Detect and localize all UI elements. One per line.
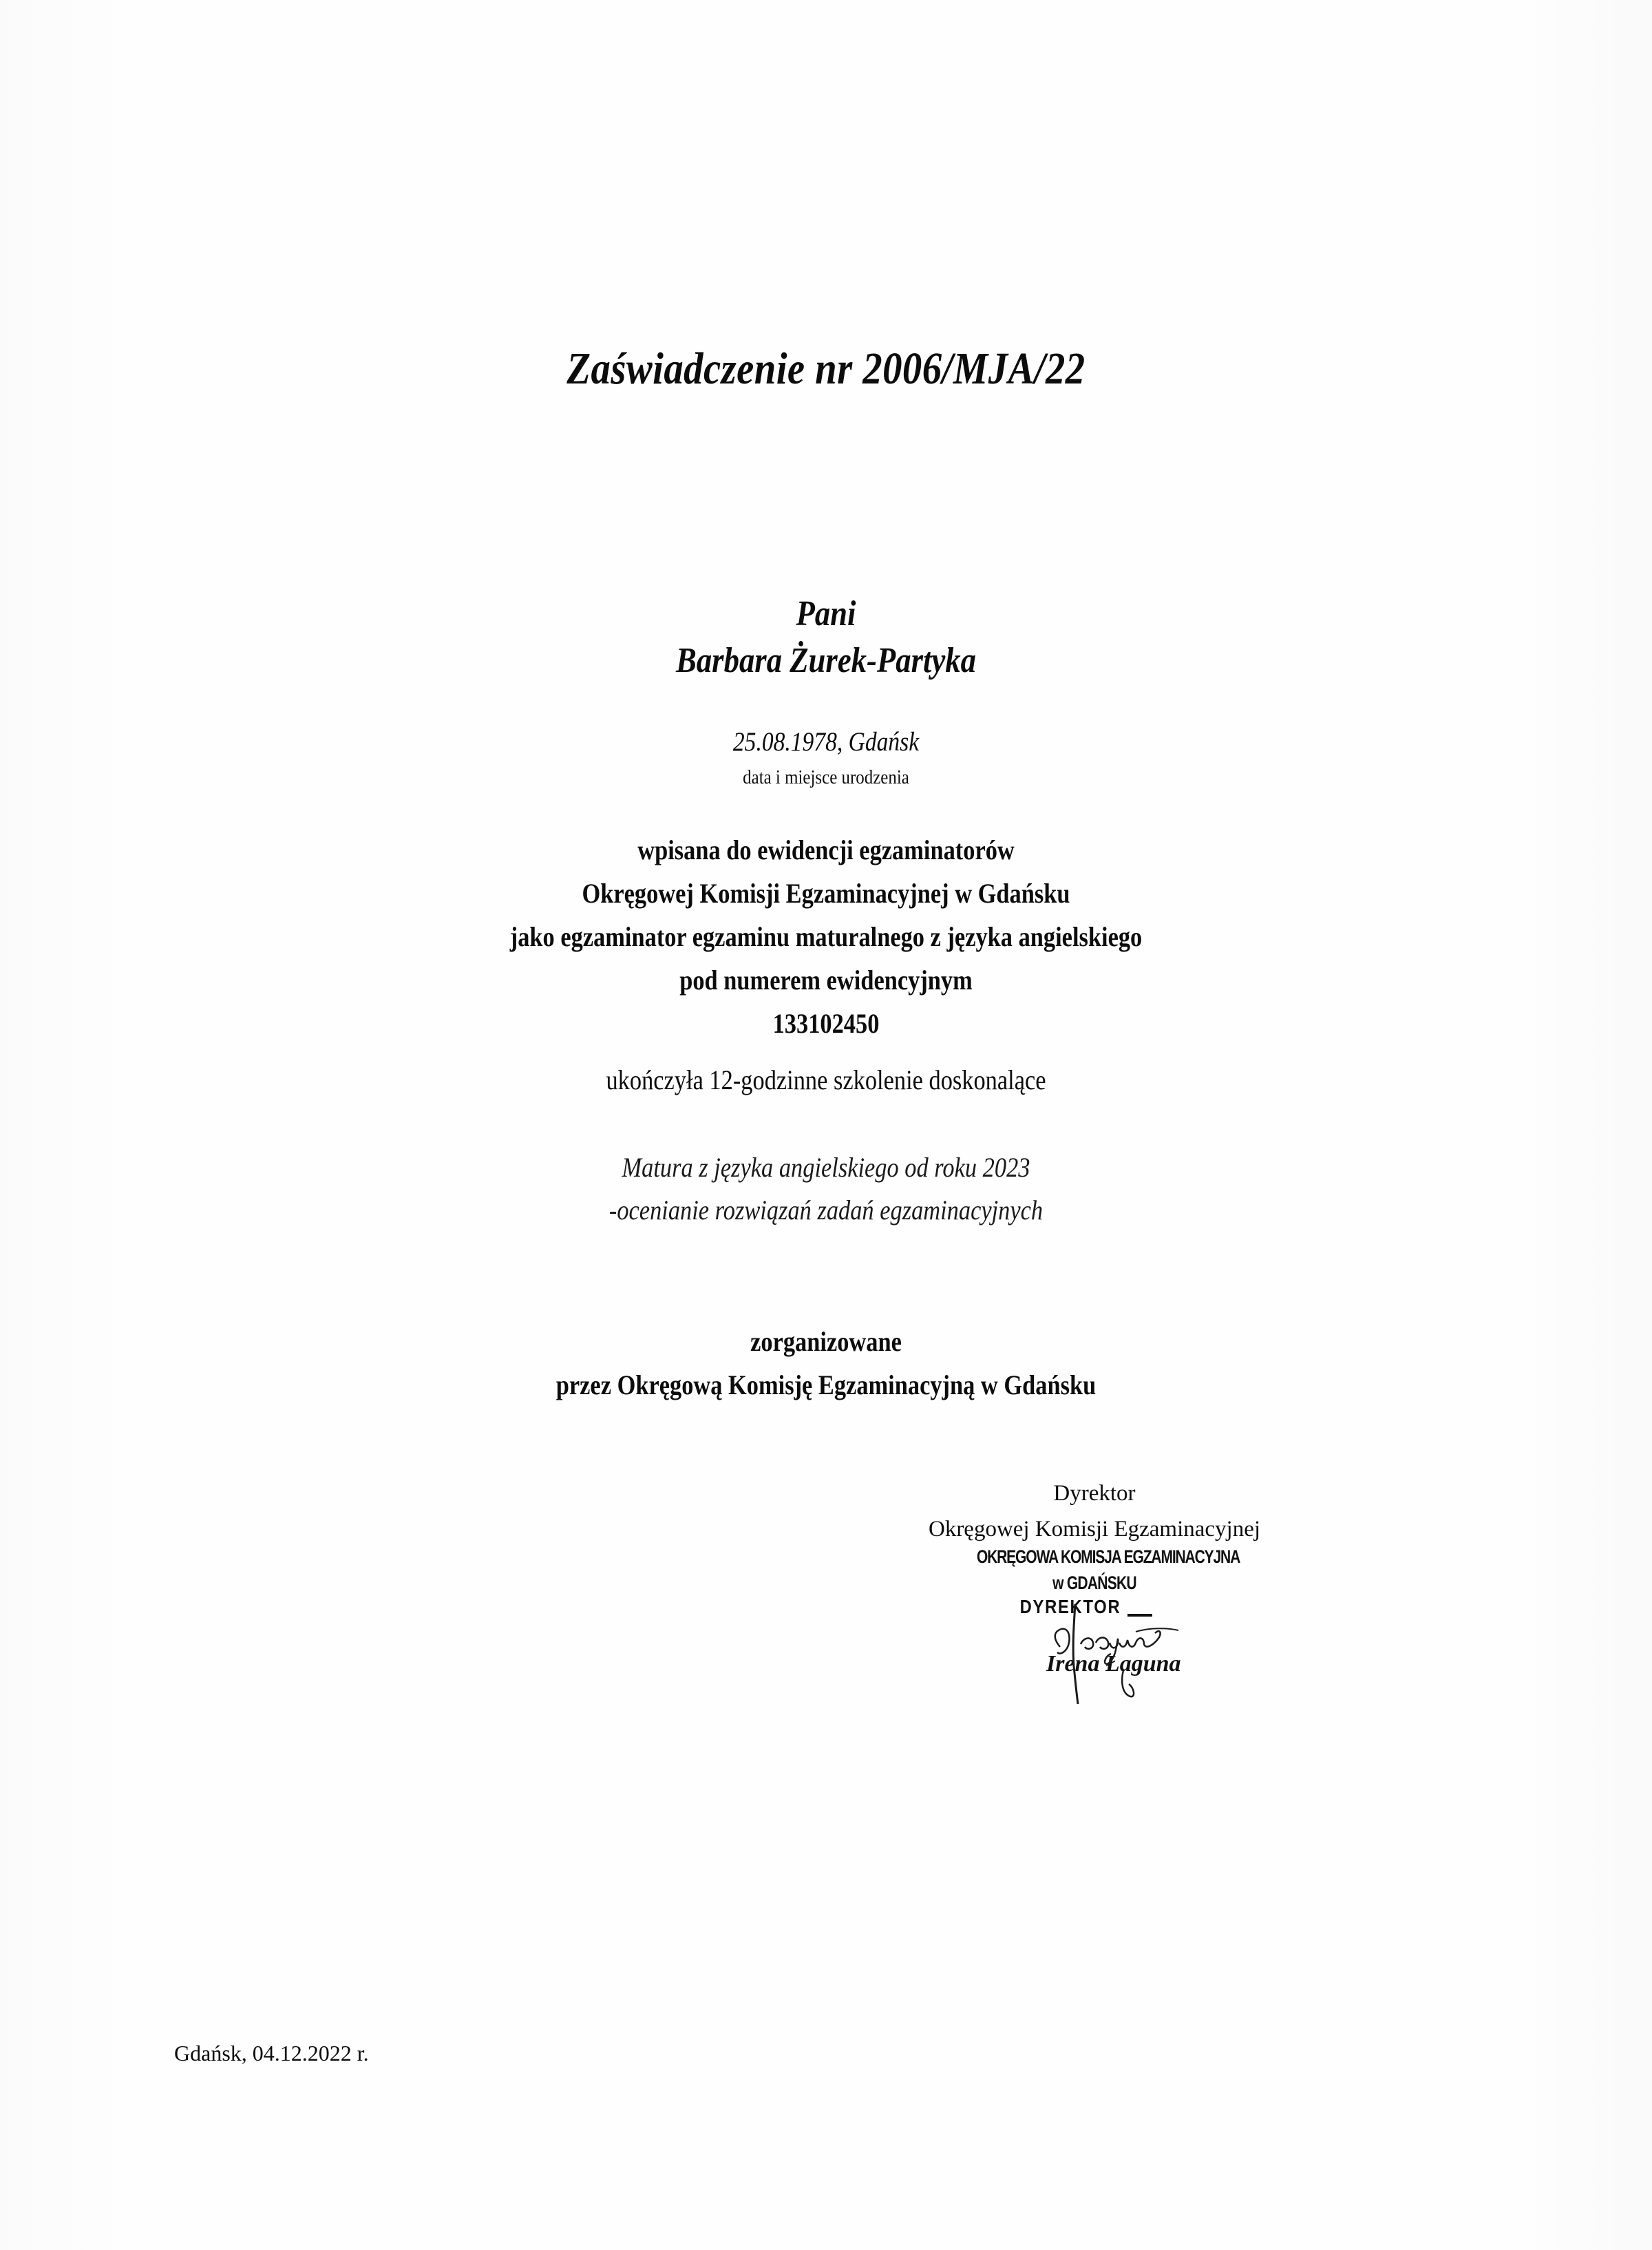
signatory-title-line: Dyrektor	[881, 1475, 1308, 1511]
certificate-title: Zaświadczenie nr 2006/MJA/22	[116, 343, 1536, 395]
certificate-page: Zaświadczenie nr 2006/MJA/22 Pani Barbar…	[0, 0, 1652, 2250]
registration-line: jako egzaminator egzaminu maturalnego z …	[116, 915, 1536, 958]
stamp-city: w GDAŃSKU	[928, 1573, 1261, 1594]
recipient-name: Barbara Żurek-Partyka	[116, 640, 1536, 681]
signatory-title: Dyrektor Okręgowej Komisji Egzaminacyjne…	[881, 1475, 1308, 1547]
stamp-institution: OKRĘGOWA KOMISJA EGZAMINACYJNA	[942, 1546, 1275, 1568]
course-title-line: Matura z języka angielskiego od roku 202…	[116, 1146, 1536, 1189]
signatory-title-line: Okręgowej Komisji Egzaminacyjnej	[881, 1511, 1308, 1547]
registration-block: wpisana do ewidencji egzaminatorów Okręg…	[116, 828, 1536, 1045]
registration-line: wpisana do ewidencji egzaminatorów	[116, 828, 1536, 872]
birth-date-place-label: data i miejsce urodzenia	[116, 766, 1536, 789]
birth-date-place: 25.08.1978, Gdańsk	[116, 726, 1536, 757]
salutation: Pani	[116, 593, 1536, 634]
registration-line: Okręgowej Komisji Egzaminacyjnej w Gdańs…	[116, 872, 1536, 915]
place-and-date: Gdańsk, 04.12.2022 r.	[174, 2041, 369, 2066]
organizer-block: zorganizowane przez Okręgową Komisję Egz…	[116, 1320, 1536, 1407]
handwritten-signature-icon	[1032, 1604, 1211, 1707]
course-title: Matura z języka angielskiego od roku 202…	[116, 1146, 1536, 1232]
course-title-line: -ocenianie rozwiązań zadań egzaminacyjny…	[116, 1189, 1536, 1232]
organizer-line: zorganizowane	[116, 1320, 1536, 1363]
registration-line: pod numerem ewidencyjnym	[116, 958, 1536, 1002]
organizer-line: przez Okręgową Komisję Egzaminacyjną w G…	[116, 1363, 1536, 1407]
registration-number: 133102450	[116, 1002, 1536, 1045]
completion-statement: ukończyła 12-godzinne szkolenie doskonal…	[116, 1064, 1536, 1096]
